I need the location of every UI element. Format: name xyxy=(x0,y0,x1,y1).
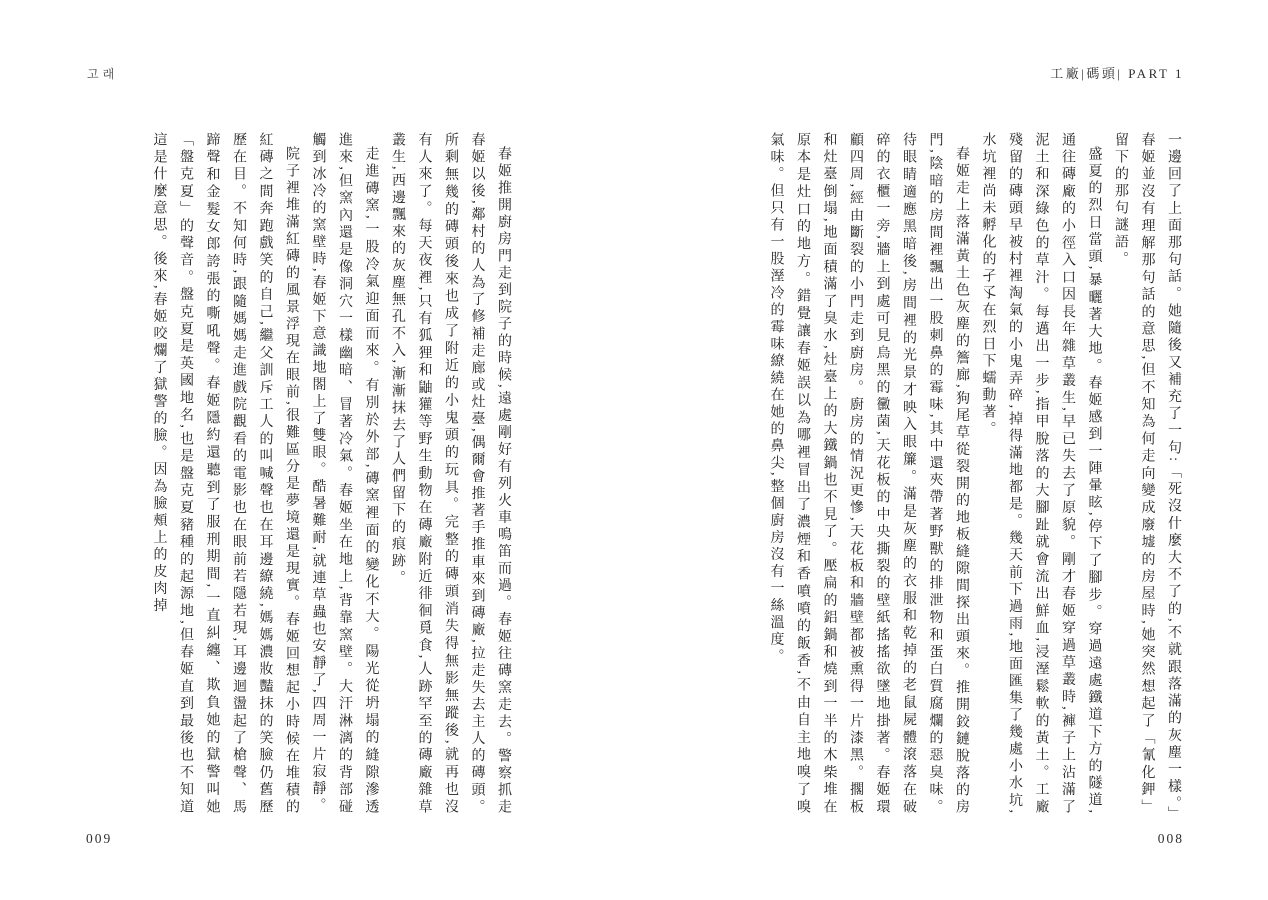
right-page-body-text: 一邊回了上面那句話。她隨後又補充了一句:「死沒什麼大不了的,不就跟落滿的灰塵一樣… xyxy=(762,132,1186,816)
running-head-chapter: 工廠|碼頭| PART 1 xyxy=(1050,66,1184,82)
paragraph: 走進磚窯,一股冷氣迎面而來。有別於外部,磚窯裡面的變化不大。陽光從坍塌的縫隙滲透… xyxy=(304,132,384,816)
page-number-left: 009 xyxy=(86,831,112,847)
left-page-body-text: 春姬推開廚房門走到院子的時候,遠處剛好有列火車鳴笛而過。春姬往磚窯走去。警察抓走… xyxy=(145,132,516,816)
paragraph: 院子裡堆滿紅磚的風景浮現在眼前,很難區分是夢境還是現實。春姬回想起小時候在堆積的… xyxy=(145,132,304,816)
running-head-book-title: 고래 xyxy=(87,66,118,82)
paragraph: 春姬推開廚房門走到院子的時候,遠處剛好有列火車鳴笛而過。春姬往磚窯走去。警察抓走… xyxy=(384,132,517,816)
book-spread: 고래 春姬推開廚房門走到院子的時候,遠處剛好有列火車鳴笛而過。春姬往磚窯走去。警… xyxy=(0,0,1268,900)
paragraph: 盛夏的烈日當頭,暴曬著大地。春姬感到一陣暈眩,停下了腳步。穿過遠處鐵道下方的隧道… xyxy=(974,132,1107,816)
page-number-right: 008 xyxy=(1158,831,1184,847)
paragraph: 春姬走上落滿黃土色灰塵的簷廊,狗尾草從裂開的地板縫隙間探出頭來。推開鉸鏈脫落的房… xyxy=(762,132,974,816)
paragraph: 一邊回了上面那句話。她隨後又補充了一句:「死沒什麼大不了的,不就跟落滿的灰塵一樣… xyxy=(1107,132,1187,816)
